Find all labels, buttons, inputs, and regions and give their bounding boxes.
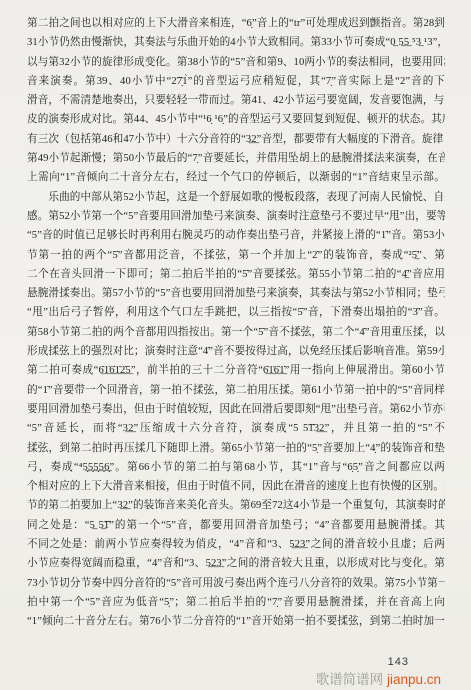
- text-line: 第58小节第二拍的两个音都用四指按出。第一个“5̇”音不揉弦，第二个“4̇”音用…: [27, 323, 445, 342]
- text-line: 不同之处是：前两小节应奏得较为俏皮，“4”音和“3、5̲2̲3̲”之间的滑音较小…: [27, 535, 445, 554]
- text-line: 形成揉弦上的强烈对比；演奏时注意“4̇”音不要按得过高，以免经压揉后影响音准。第…: [27, 342, 445, 361]
- site-url-link[interactable]: jianpu.cn: [387, 672, 441, 687]
- text-line: 皮的演奏形成对比。第44、45小节中“¹6̣ ¹6̣”的音型运弓又要回复到短促、…: [27, 110, 445, 129]
- text-line: “5”音的时值已足够长时再利用右腕灵巧的动作奏出垫弓音，并紧接上滑的“1̇”音。…: [27, 226, 445, 245]
- text-line: 节的第二拍要加上“3̲2̲”的装饰音来美化音头。第69至72这4小节是一个重复句…: [27, 496, 445, 515]
- page-number: 143: [388, 656, 409, 668]
- text-line: “5”音延长，而将“3̲2̲”压缩成十六分音符，演奏成“5 5͡1̇3̲2̲”，…: [27, 419, 445, 438]
- text-line: 悬腕滑揉奏出。第57小节的“5”音也要用回滑加垫弓来演奏，其奏法与第52小节相同…: [27, 284, 445, 303]
- text-line: 有三次（包括第46和47小节中）十六分音符的“3̲2̲”音型，都要带有大幅度的下…: [27, 130, 445, 149]
- text-line: 节第一拍的两个“5̇”音都用泛音，不揉弦，第一个并加上“2̇”的装饰音，奏成“²…: [27, 246, 445, 265]
- book-page: 第二拍之间也以相对应的上下大滑音来相连，“6̣”音上的“tr”可处理成迟到颤指音…: [0, 0, 471, 690]
- text-line: 揉弦，到第二拍时再压揉几下随即上滑。第65小节第一拍的“5̣”音要加上“4̣”的…: [27, 439, 445, 458]
- text-line: 滑音，不需清楚地奏出，只要轻轻一带而过。第41、42小节运弓要宽阔，发音要饱满，…: [27, 91, 445, 110]
- text-line: 第二拍可奏成“6̲̇1̲̇6̲̇1̲̇2̲̇5̲”，前半拍的三十二分音符“6̲̇…: [27, 361, 445, 380]
- text-line: “甩”出后弓子暂停，利用这个气口左手跳把，以三指按“5̇”音，下滑奏出塌拍的“3…: [27, 303, 445, 322]
- text-line: 以与第32小节的旋律形成变化。第38小节的“5”音和第9、10两小节的奏法相同，…: [27, 53, 445, 72]
- text-line: 乐曲的中部从第52小节起，这是一个舒展如歌的慢板段落，表现了河南人民愉悦、自豪的…: [27, 188, 445, 207]
- text-line: 感。第52小节第一个“5”音要用回滑加垫弓来演奏、演奏时注意垫弓不要过早“甩”出…: [27, 207, 445, 226]
- text-body: 第二拍之间也以相对应的上下大滑音来相连，“6̣”音上的“tr”可处理成迟到颤指音…: [27, 14, 445, 632]
- text-line: 个相对应的上下大滑音来相接，但由于时值不同，因此在滑音的速度上也有快慢的区别。第…: [27, 477, 445, 496]
- text-line: 第二拍之间也以相对应的上下大滑音来相连，“6̣”音上的“tr”可处理成迟到颤指音…: [27, 14, 445, 33]
- text-line: 弓，奏成“⁴5̣̲5̣̲5̣̲5̣̲6̣̲”。第66小节的第二拍与第68小节，其…: [27, 458, 445, 477]
- text-line: 73小节切分节奏中四分音符的“5”音可用波弓奏出两个连弓八分音符的效果。第75小…: [27, 574, 445, 593]
- text-line: 上需向“1”音倾向二十音分左右，经过一个气口的停顿后，以渐弱的“1”音结束呈示部…: [27, 168, 445, 187]
- site-watermark: 歌谱简谱网 jianpu.cn: [316, 668, 441, 688]
- text-line: “1”倾向二十音分左右。第76小节二分音符的“1”音开始第一拍不要揉弦，到第二拍…: [27, 612, 445, 631]
- site-name-label: 歌谱简谱网: [316, 672, 384, 687]
- text-line: 的“1̇”音要带一个回滑音，第一拍不揉弦，第二拍用压揉。第61小节第一拍中的“5…: [27, 381, 445, 400]
- text-line: 小节应奏得宽阔而稳重，“4”音和“3、5̲2̲3̲”之间的滑音较大且重，以形成对…: [27, 554, 445, 573]
- text-line: 同之处是：“5̲ 5̲͡1̇”的第一个“5”音，都要用回滑音加垫弓；“4”音都要…: [27, 516, 445, 535]
- text-line: 二个在音头回滑一下即可；第二拍后半拍的“5̇”音要揉弦。第55小节第二拍的“4̲…: [27, 265, 445, 284]
- text-line: 拍中第一个“5”音应为低音“5̣”；第二拍后半拍的“7̣”音要用悬腕滑揉，并在音…: [27, 593, 445, 612]
- text-line: 音来演奏。第39、40小节中“2͡7̣1̀”的音型运弓应稍短促，其“7̣”音实际…: [27, 72, 445, 91]
- text-line: 31小节仍然由慢渐快，其奏法与乐曲开始的4小节大致相同。第33小节可奏成“0̲ …: [27, 33, 445, 52]
- text-line: 第49小节起渐慢；第50小节最后的“7̣”音要延长，并借用坠胡上的悬腕滑揉法来演…: [27, 149, 445, 168]
- text-line: 要用回滑加垫弓奏出，但由于时值较短，因此在回滑后要即刻“甩”出垫弓音。第62小节…: [27, 400, 445, 419]
